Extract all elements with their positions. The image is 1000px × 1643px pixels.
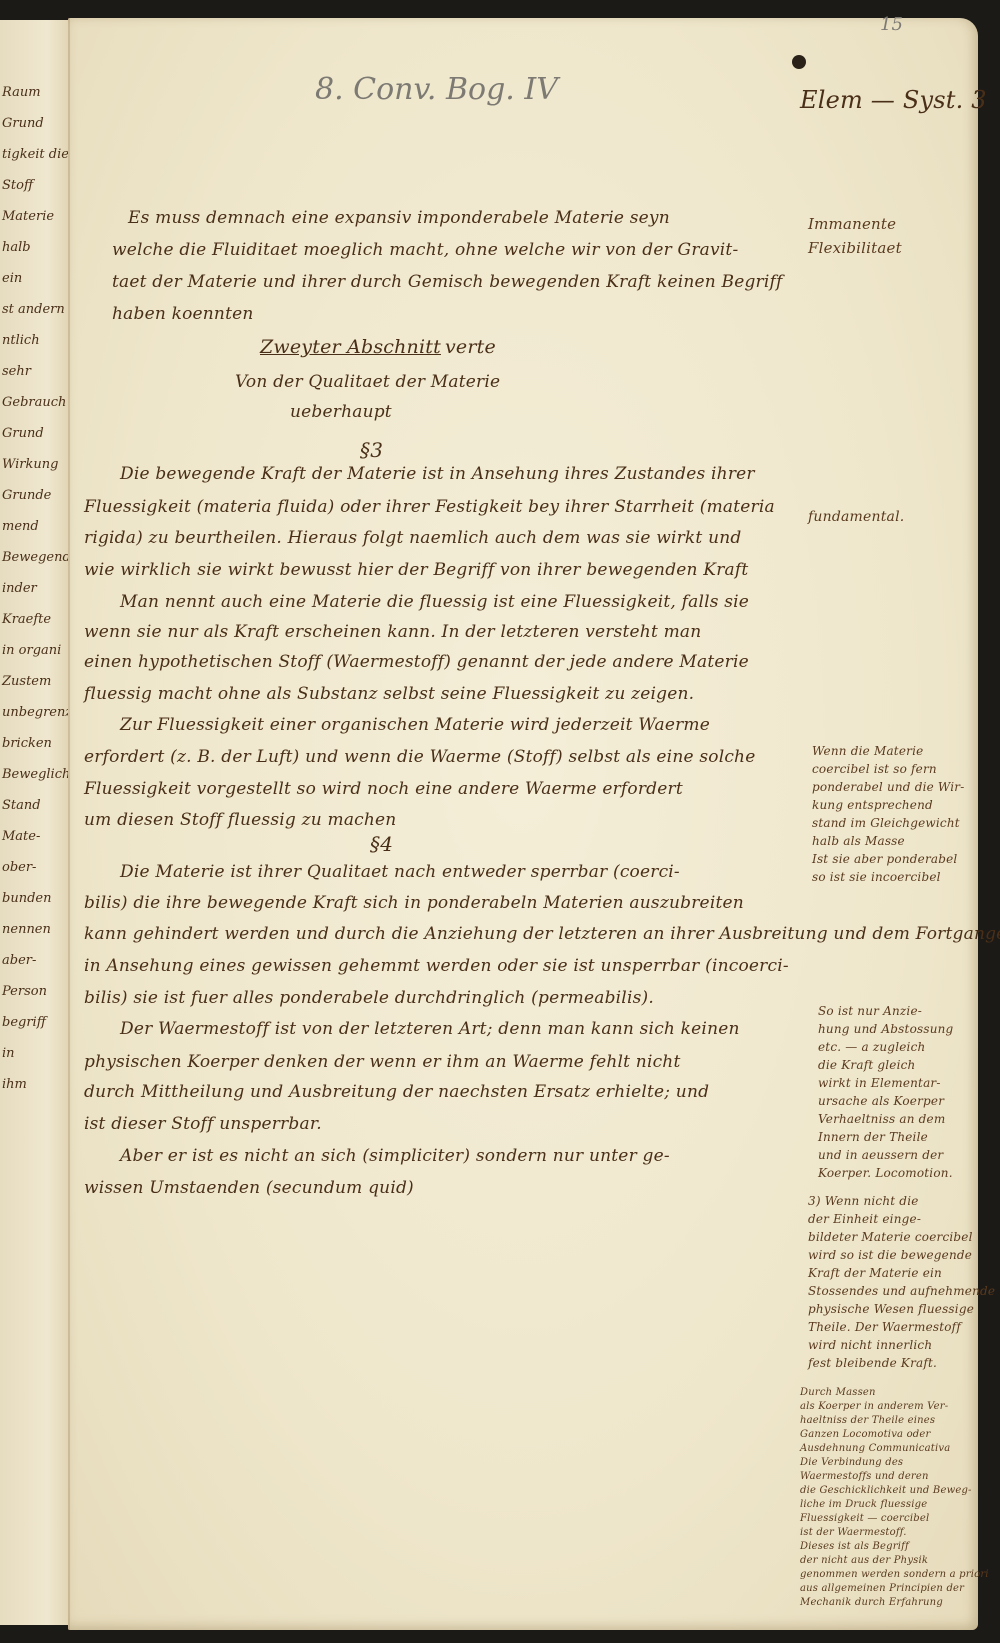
margin-note-line: Theile. Der Waermestoff <box>808 1318 995 1336</box>
facing-page-fragment: ober- <box>2 853 36 883</box>
facing-page-fragment: inder <box>2 574 37 604</box>
facing-page-fragment: ein <box>2 264 22 294</box>
margin-note: So ist nur Anzie-hung und Abstossungetc.… <box>818 1002 953 1182</box>
paragraph-3-line: Fluessigkeit (materia fluida) oder ihrer… <box>84 497 775 517</box>
margin-note-line: Immanente <box>808 212 902 236</box>
margin-note-line: liche im Druck fluessige <box>800 1498 989 1512</box>
intro-line: haben koennten <box>112 304 254 324</box>
paragraph-3-line: wenn sie nur als Kraft erscheinen kann. … <box>84 622 701 642</box>
margin-note: 3) Wenn nicht dieder Einheit einge-bilde… <box>808 1192 995 1372</box>
paragraph-3-line: um diesen Stoff fluessig zu machen <box>84 810 396 830</box>
facing-page-fragment: in organi <box>2 636 61 666</box>
margin-note-line: Kraft der Materie ein <box>808 1264 995 1282</box>
paragraph-3-line: rigida) zu beurtheilen. Hieraus folgt na… <box>84 528 741 548</box>
intro-line: welche die Fluiditaet moeglich macht, oh… <box>112 240 738 260</box>
facing-page-fragment: Beweglich <box>2 760 70 790</box>
paragraph-5-line: ist dieser Stoff unsperrbar. <box>84 1114 322 1134</box>
paragraph-5-line: Aber er ist es nicht an sich (simplicite… <box>120 1146 670 1166</box>
corner-label: Elem — Syst. 3 <box>800 86 987 114</box>
margin-note-line: fest bleibende Kraft. <box>808 1354 995 1372</box>
section-title: Von der Qualitaet der Materie <box>235 372 500 392</box>
margin-note: ImmanenteFlexibilitaet <box>808 212 902 260</box>
margin-note-line: die Kraft gleich <box>818 1056 953 1074</box>
margin-note-line: Dieses ist als Begriff <box>800 1540 989 1554</box>
margin-note-line: haeltniss der Theile eines <box>800 1414 989 1428</box>
margin-note-line: als Koerper in anderem Ver- <box>800 1400 989 1414</box>
facing-page-fragment: Gebrauch <box>2 388 66 418</box>
margin-note-line: ursache als Koerper <box>818 1092 953 1110</box>
facing-page-fragment: Grund <box>2 419 44 449</box>
margin-note-line: 3) Wenn nicht die <box>808 1192 995 1210</box>
paragraph-3-line: wie wirklich sie wirkt bewusst hier der … <box>84 560 748 580</box>
paragraph-mark-3: §3 <box>360 438 383 462</box>
margin-note-line: Ist sie aber ponderabel <box>812 850 965 868</box>
margin-note-line: ponderabel und die Wir- <box>812 778 965 796</box>
facing-page-fragment: nennen <box>2 915 51 945</box>
binding-hole <box>792 55 806 69</box>
facing-page-fragment: Person <box>2 977 47 1007</box>
margin-note-line: bildeter Materie coercibel <box>808 1228 995 1246</box>
facing-page-fragment: ntlich <box>2 326 40 356</box>
facing-page-fragment: in <box>2 1039 15 1069</box>
paragraph-3-line: Die bewegende Kraft der Materie ist in A… <box>120 464 755 484</box>
facing-page-fragment: sehr <box>2 357 31 387</box>
margin-note-line: Wenn die Materie <box>812 742 965 760</box>
paragraph-5-line: durch Mittheilung und Ausbreitung der na… <box>84 1082 709 1102</box>
margin-note-line: Waermestoffs und deren <box>800 1470 989 1484</box>
margin-note: Durch Massenals Koerper in anderem Ver-h… <box>800 1386 989 1610</box>
facing-page-fragment: Grunde <box>2 481 51 511</box>
paragraph-5-line: physischen Koerper denken der wenn er ih… <box>84 1052 681 1072</box>
facing-page-fragment: Raum <box>2 78 41 108</box>
facing-page-fragment: Grund <box>2 109 44 139</box>
margin-note-line: Ausdehnung Communicativa <box>800 1442 989 1456</box>
shelfmark-pencil: 8. Conv. Bog. IV <box>315 72 558 107</box>
facing-page-fragment: begriff <box>2 1008 46 1038</box>
margin-note-line: kung entsprechend <box>812 796 965 814</box>
paragraph-4-line: in Ansehung eines gewissen gehemmt werde… <box>84 956 789 976</box>
margin-note-line: hung und Abstossung <box>818 1020 953 1038</box>
margin-note-line: Stossendes und aufnehmende <box>808 1282 995 1300</box>
margin-note-line: der nicht aus der Physik <box>800 1554 989 1568</box>
facing-page-fragment: bricken <box>2 729 52 759</box>
facing-page-fragment: mend <box>2 512 39 542</box>
margin-note-line: genommen werden sondern a priori <box>800 1568 989 1582</box>
intro-line: Es muss demnach eine expansiv imponderab… <box>128 208 670 228</box>
paragraph-4-line: kann gehindert werden und durch die Anzi… <box>84 924 1000 944</box>
margin-note-line: Die Verbindung des <box>800 1456 989 1470</box>
paragraph-4-line: bilis) die ihre bewegende Kraft sich in … <box>84 893 744 913</box>
margin-note-line: Verhaeltniss an dem <box>818 1110 953 1128</box>
margin-note-line: Durch Massen <box>800 1386 989 1400</box>
facing-page-edge: RaumGrundtigkeit dieStoffMateriehalbeins… <box>0 20 69 1625</box>
margin-note-line: Mechanik durch Erfahrung <box>800 1596 989 1610</box>
margin-note-line: aus allgemeinen Principien der <box>800 1582 989 1596</box>
margin-note-line: wirkt in Elementar- <box>818 1074 953 1092</box>
paragraph-3-line: Zur Fluessigkeit einer organischen Mater… <box>120 715 710 735</box>
margin-note-line: wird nicht innerlich <box>808 1336 995 1354</box>
section-heading: Zweyter Abschnitt <box>260 336 441 358</box>
facing-page-fragment: halb <box>2 233 31 263</box>
paragraph-5-line: Der Waermestoff ist von der letzteren Ar… <box>120 1019 740 1039</box>
facing-page-fragment: ihm <box>2 1070 27 1100</box>
facing-page-fragment: Kraefte <box>2 605 51 635</box>
facing-page-fragment: tigkeit die <box>2 140 69 170</box>
facing-page-fragment: unbegrenzt <box>2 698 77 728</box>
margin-note-line: Fluessigkeit — coercibel <box>800 1512 989 1526</box>
intro-line: taet der Materie und ihrer durch Gemisch… <box>112 272 783 292</box>
paragraph-3-line: Fluessigkeit vorgestellt so wird noch ei… <box>84 779 683 799</box>
margin-note-line: etc. — a zugleich <box>818 1038 953 1056</box>
margin-note: Wenn die Materiecoercibel ist so fernpon… <box>812 742 965 886</box>
verte-note: verte <box>445 336 496 358</box>
facing-page-fragment: Zustem <box>2 667 51 697</box>
margin-note-line: die Geschicklichkeit und Beweg- <box>800 1484 989 1498</box>
paragraph-4-line: bilis) sie ist fuer alles ponderabele du… <box>84 988 654 1008</box>
margin-note-line: coercibel ist so fern <box>812 760 965 778</box>
margin-note: fundamental. <box>808 508 904 526</box>
facing-page-fragment: Mate- <box>2 822 40 852</box>
paragraph-3-line: einen hypothetischen Stoff (Waermestoff)… <box>84 652 749 672</box>
page-fold <box>68 18 70 1630</box>
facing-page-fragment: Wirkung <box>2 450 58 480</box>
paragraph-5-line: wissen Umstaenden (secundum quid) <box>84 1178 414 1198</box>
margin-note-line: halb als Masse <box>812 832 965 850</box>
margin-note-line: so ist sie incoercibel <box>812 868 965 886</box>
margin-note-line: Innern der Theile <box>818 1128 953 1146</box>
section-title-cont: ueberhaupt <box>290 402 392 422</box>
folio-number: 15 <box>880 14 903 35</box>
margin-note-line: stand im Gleichgewicht <box>812 814 965 832</box>
margin-note-line: ist der Waermestoff. <box>800 1526 989 1540</box>
margin-note-line: wird so ist die bewegende <box>808 1246 995 1264</box>
paragraph-3-line: Man nennt auch eine Materie die fluessig… <box>120 592 749 612</box>
margin-note-line: Flexibilitaet <box>808 236 902 260</box>
margin-note-line: physische Wesen fluessige <box>808 1300 995 1318</box>
facing-page-fragment: aber- <box>2 946 36 976</box>
facing-page-fragment: st andern <box>2 295 65 325</box>
margin-note-line: der Einheit einge- <box>808 1210 995 1228</box>
margin-note-line: So ist nur Anzie- <box>818 1002 953 1020</box>
paragraph-mark-4: §4 <box>370 832 393 856</box>
margin-note-line: Ganzen Locomotiva oder <box>800 1428 989 1442</box>
paragraph-3-line: fluessig macht ohne als Substanz selbst … <box>84 684 694 704</box>
facing-page-fragment: Stand <box>2 791 41 821</box>
facing-page-fragment: Stoff <box>2 171 33 201</box>
margin-note-line: und in aeussern der <box>818 1146 953 1164</box>
facing-page-fragment: Materie <box>2 202 54 232</box>
paragraph-3-line: erfordert (z. B. der Luft) und wenn die … <box>84 747 755 767</box>
margin-note-line: Koerper. Locomotion. <box>818 1164 953 1182</box>
margin-note-line: fundamental. <box>808 508 904 526</box>
paragraph-4-line: Die Materie ist ihrer Qualitaet nach ent… <box>120 862 680 882</box>
facing-page-fragment: bunden <box>2 884 51 914</box>
